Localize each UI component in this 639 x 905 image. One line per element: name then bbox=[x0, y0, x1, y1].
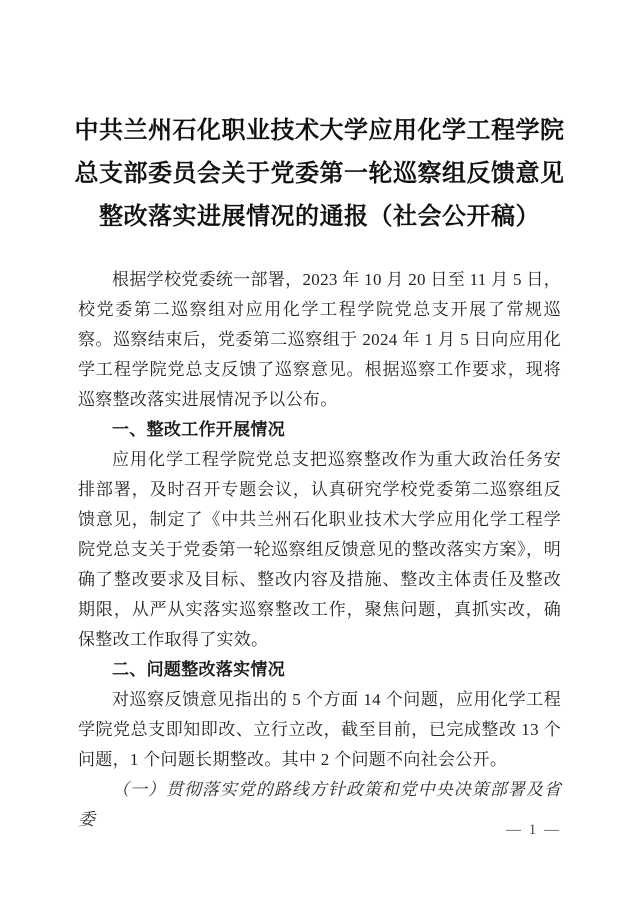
title-line-2: 总支部委员会关于党委第一轮巡察组反馈意见 bbox=[0, 153, 639, 196]
subsection-heading-1: （一）贯彻落实党的路线方针政策和党中央决策部署及省委 bbox=[78, 775, 561, 835]
section-heading-2: 二、问题整改落实情况 bbox=[78, 655, 561, 685]
title-line-3: 整改落实进展情况的通报（社会公开稿） bbox=[0, 196, 639, 239]
page-number: — 1 — bbox=[506, 822, 561, 839]
title-line-1: 中共兰州石化职业技术大学应用化学工程学院 bbox=[0, 110, 639, 153]
document-body: 根据学校党委统一部署，2023 年 10 月 20 日至 11 月 5 日，校党… bbox=[78, 265, 561, 835]
document-page: 中共兰州石化职业技术大学应用化学工程学院 总支部委员会关于党委第一轮巡察组反馈意… bbox=[0, 0, 639, 905]
paragraph-intro: 根据学校党委统一部署，2023 年 10 月 20 日至 11 月 5 日，校党… bbox=[78, 265, 561, 415]
document-title: 中共兰州石化职业技术大学应用化学工程学院 总支部委员会关于党委第一轮巡察组反馈意… bbox=[0, 0, 639, 239]
paragraph-rectification-work: 应用化学工程学院党总支把巡察整改作为重大政治任务安排部署，及时召开专题会议，认真… bbox=[78, 445, 561, 655]
paragraph-issue-status: 对巡察反馈意见指出的 5 个方面 14 个问题，应用化学工程学院党总支即知即改、… bbox=[78, 685, 561, 775]
section-heading-1: 一、整改工作开展情况 bbox=[78, 415, 561, 445]
